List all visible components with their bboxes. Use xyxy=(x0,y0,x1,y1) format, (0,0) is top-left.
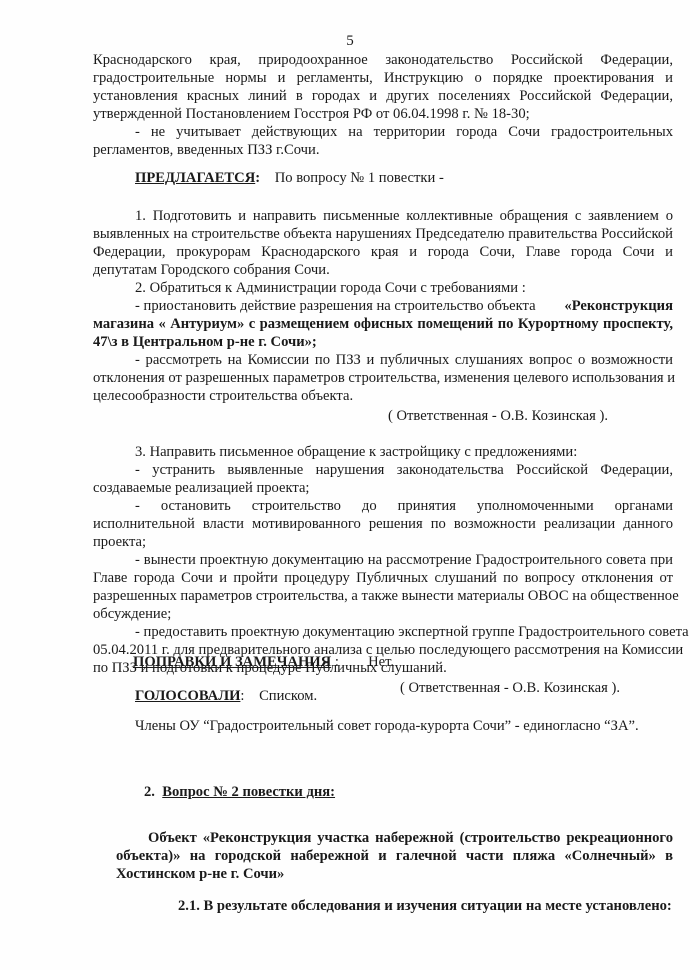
voting-result: Члены ОУ “Градостроительный совет города… xyxy=(135,718,700,735)
amendments-value: Нет. xyxy=(368,654,394,670)
item3-line: - предоставить проектную документацию эк… xyxy=(135,624,673,641)
proposal-heading-row: ПРЕДЛАГАЕТСЯ: По вопросу № 1 повестки - xyxy=(135,170,700,187)
item2-bullet1-bold: магазина « Антуриум» с размещением офисн… xyxy=(93,316,673,333)
question2-heading-row: 2. Вопрос № 2 повестки дня: xyxy=(144,784,700,801)
item3-line: проекта; xyxy=(93,534,673,551)
question2-object-line: Хостинском р-не г. Сочи» xyxy=(116,866,696,883)
item3-line: - вынести проектную документацию на расс… xyxy=(135,552,673,569)
item2-bullet2: целесообразности строительства объекта. xyxy=(93,388,673,405)
intro-line: регламентов, введенных ПЗЗ г.Сочи. xyxy=(93,142,673,159)
amendments-row: ПОПРАВКИ И ЗАМЕЧАНИЯ : Нет. xyxy=(133,654,700,671)
voting-value: Списком. xyxy=(259,688,317,704)
question2-object-line: Объект «Реконструкция участка набережной… xyxy=(148,830,673,847)
question2-object-line: объекта)» на городской набережной и гале… xyxy=(116,848,673,865)
intro-line: - не учитывает действующих на территории… xyxy=(135,124,673,141)
proposal-subject: По вопросу № 1 повестки - xyxy=(275,170,444,186)
voting-heading: ГОЛОСОВАЛИ xyxy=(135,688,240,704)
document-page: 5 Краснодарского края, природоохранное з… xyxy=(0,0,700,970)
item3-title: 3. Направить письменное обращение к заст… xyxy=(135,444,700,461)
page-number: 5 xyxy=(0,33,700,50)
item3-line: - остановить строительство до принятия у… xyxy=(135,498,673,515)
question2-finding: 2.1. В результате обследования и изучени… xyxy=(178,898,700,915)
question2-heading: Вопрос № 2 повестки дня: xyxy=(162,784,335,800)
item3-line: разрешенных параметров строительства, а … xyxy=(93,588,673,605)
item1-line: Федерации, прокурорам Краснодарского кра… xyxy=(93,244,673,261)
item3-line: исполнительной власти мотивированного ре… xyxy=(93,516,673,533)
item3-line: - устранить выявленные нарушения законод… xyxy=(135,462,673,479)
intro-line: утвержденной Постановлением Госстроя РФ … xyxy=(93,106,673,123)
item2-bullet1-bold: 47\з в Центральном р-не г. Сочи»; xyxy=(93,334,673,351)
item3-line: обсуждение; xyxy=(93,606,673,623)
voting-row: ГОЛОСОВАЛИ: Списком. xyxy=(135,688,700,705)
item3-line: Главе города Сочи и пройти процедуру Пуб… xyxy=(93,570,673,587)
intro-line: установления красных линий в городах и д… xyxy=(93,88,673,105)
intro-line: Краснодарского края, природоохранное зак… xyxy=(93,52,673,69)
item1-line: выявленных на строительстве объекта нару… xyxy=(93,226,673,243)
intro-line: градостроительные нормы и регламенты, Ин… xyxy=(93,70,673,87)
item2-bullet1: - приостановить действие разрешения на с… xyxy=(135,298,673,315)
item3-line: создаваемые реализацией проекта; xyxy=(93,480,673,497)
item1-line: депутатам Городского собрания Сочи. xyxy=(93,262,673,279)
item2-title: 2. Обратиться к Администрации города Соч… xyxy=(135,280,700,297)
amendments-heading: ПОПРАВКИ И ЗАМЕЧАНИЯ xyxy=(133,654,331,670)
item2-bullet2: отклонения от разрешенных параметров стр… xyxy=(93,370,673,387)
item1-line: 1. Подготовить и направить письменные ко… xyxy=(135,208,673,225)
responsible-person: ( Ответственная - О.В. Козинская ). xyxy=(388,408,608,425)
item2-bullet2: - рассмотреть на Комиссии по ПЗЗ и публи… xyxy=(135,352,673,369)
proposal-heading: ПРЕДЛАГАЕТСЯ xyxy=(135,170,255,186)
